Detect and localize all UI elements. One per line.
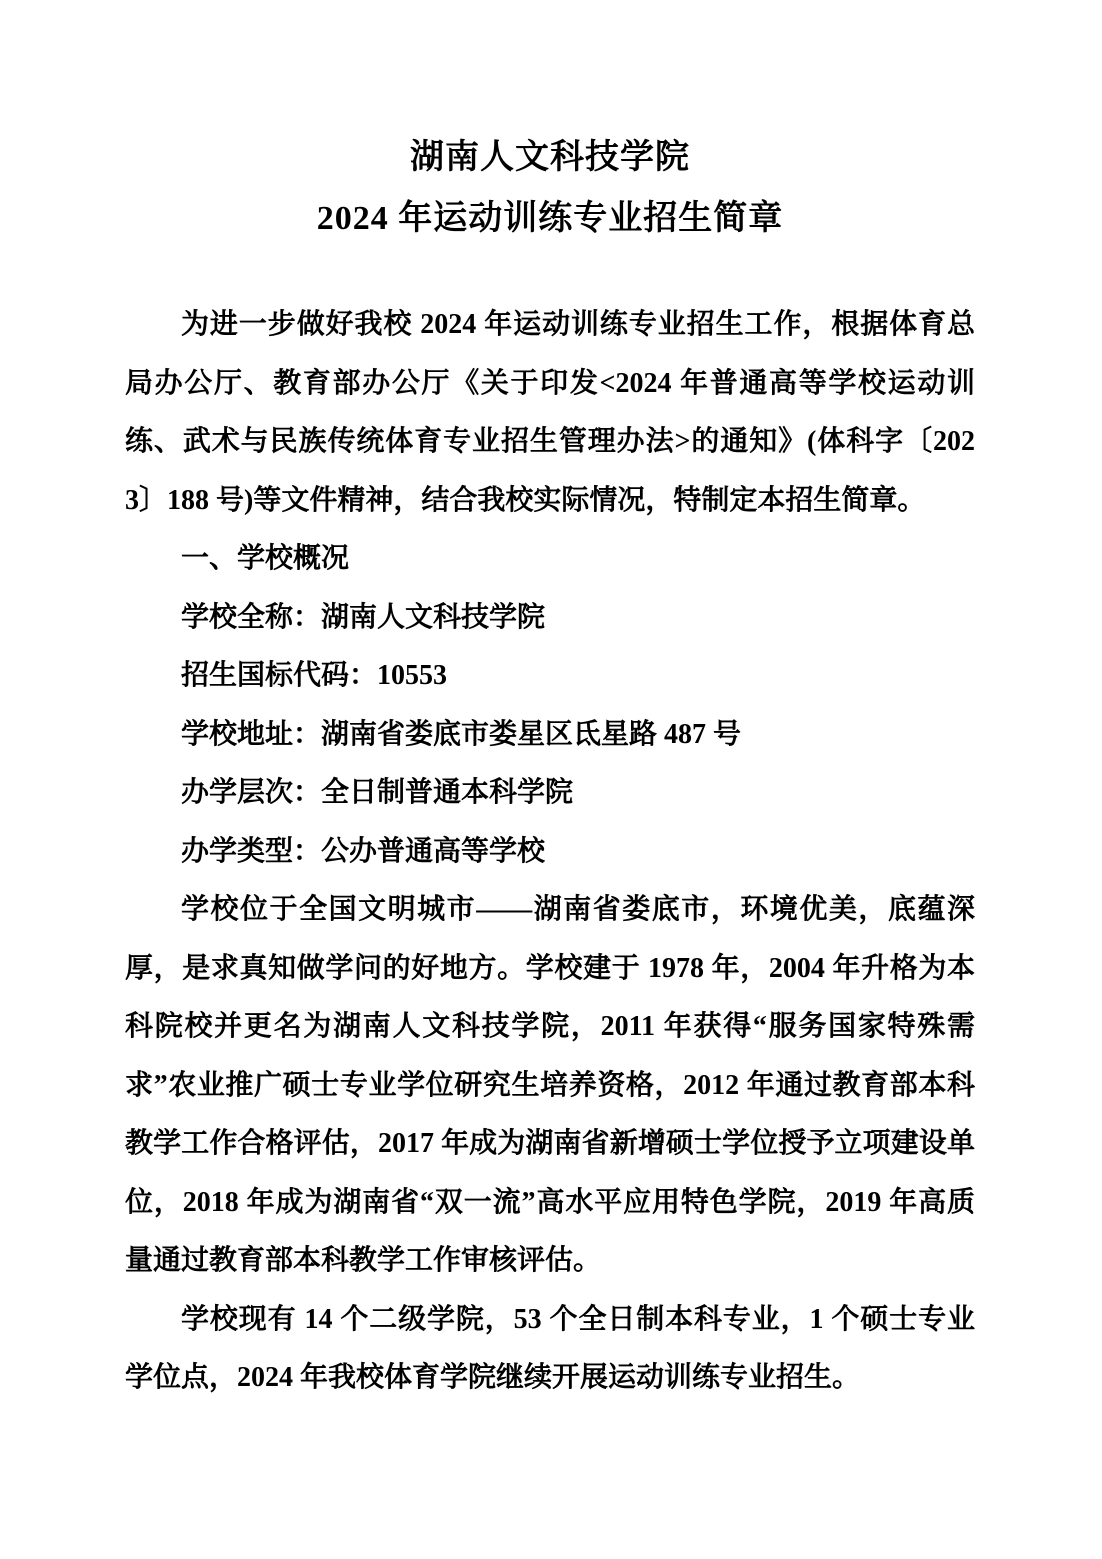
field-national-code: 招生国标代码：10553 [125, 647, 975, 706]
enrollment-paragraph: 学校现有 14 个二级学院，53 个全日制本科专业，1 个硕士专业学位点，202… [125, 1291, 975, 1408]
school-history-paragraph: 学校位于全国文明城市——湖南省娄底市，环境优美，底蕴深厚，是求真知做学问的好地方… [125, 881, 975, 1291]
field-school-address: 学校地址：湖南省娄底市娄星区氐星路 487 号 [125, 706, 975, 765]
field-education-level: 办学层次：全日制普通本科学院 [125, 764, 975, 823]
doc-title: 湖南人文科技学院 [125, 127, 975, 188]
document-page: 湖南人文科技学院 2024 年运动训练专业招生简章 为进一步做好我校 2024 … [0, 0, 1102, 1559]
intro-paragraph: 为进一步做好我校 2024 年运动训练专业招生工作，根据体育总局办公厅、教育部办… [125, 296, 975, 530]
field-school-full-name: 学校全称：湖南人文科技学院 [125, 589, 975, 648]
document-body: 为进一步做好我校 2024 年运动训练专业招生工作，根据体育总局办公厅、教育部办… [125, 296, 975, 1408]
doc-subtitle: 2024 年运动训练专业招生简章 [125, 188, 975, 249]
field-school-type: 办学类型：公办普通高等学校 [125, 823, 975, 882]
section-heading-school-overview: 一、学校概况 [125, 530, 975, 589]
